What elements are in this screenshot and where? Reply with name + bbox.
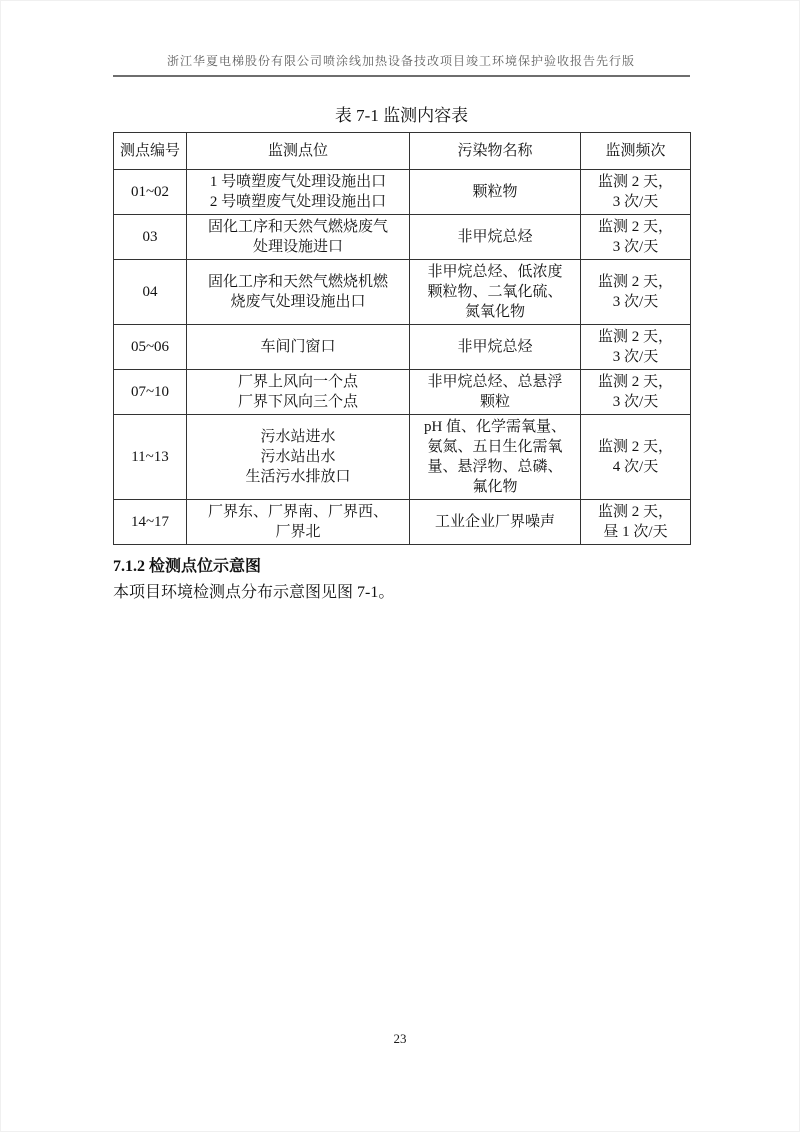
pollutant-cell: 非甲烷总烃 xyxy=(410,215,581,260)
pollutant-cell: 非甲烷总烃、低浓度 颗粒物、二氧化硫、 氮氧化物 xyxy=(410,260,581,325)
monitoring-content-table: 测点编号 监测点位 污染物名称 监测频次 01~02 1 号喷塑废气处理设施出口… xyxy=(113,132,691,545)
frequency-cell: 监测 2 天， 昼 1 次/天 xyxy=(581,500,691,545)
page-content: 表 7-1 监测内容表 测点编号 监测点位 污染物名称 监测频次 01~02 xyxy=(113,104,690,605)
point-id-cell: 14~17 xyxy=(114,500,187,545)
header-divider-rule xyxy=(113,75,690,77)
point-location-cell: 厂界东、厂界南、厂界西、 厂界北 xyxy=(187,500,410,545)
point-location-cell: 污水站进水 污水站出水 生活污水排放口 xyxy=(187,415,410,500)
pollutant-cell: 工业企业厂界噪声 xyxy=(410,500,581,545)
table-title: 表 7-1 监测内容表 xyxy=(113,104,690,128)
column-header-frequency: 监测频次 xyxy=(581,133,691,170)
point-id-cell: 04 xyxy=(114,260,187,325)
point-id-cell: 01~02 xyxy=(114,170,187,215)
table-row: 04 固化工序和天然气燃烧机燃 烧废气处理设施出口 非甲烷总烃、低浓度 颗粒物、… xyxy=(114,260,691,325)
table-header-row: 测点编号 监测点位 污染物名称 监测频次 xyxy=(114,133,691,170)
column-header-point-id: 测点编号 xyxy=(114,133,187,170)
point-id-cell: 11~13 xyxy=(114,415,187,500)
frequency-cell: 监测 2 天， 3 次/天 xyxy=(581,325,691,370)
point-id-cell: 07~10 xyxy=(114,370,187,415)
point-id-cell: 05~06 xyxy=(114,325,187,370)
point-location-cell: 固化工序和天然气燃烧废气 处理设施进口 xyxy=(187,215,410,260)
section-heading-712: 7.1.2 检测点位示意图 xyxy=(113,555,690,579)
point-location-cell: 固化工序和天然气燃烧机燃 烧废气处理设施出口 xyxy=(187,260,410,325)
pollutant-cell: 非甲烷总烃、总悬浮 颗粒 xyxy=(410,370,581,415)
table-row: 14~17 厂界东、厂界南、厂界西、 厂界北 工业企业厂界噪声 监测 2 天， … xyxy=(114,500,691,545)
column-header-pollutant-name: 污染物名称 xyxy=(410,133,581,170)
pollutant-cell: 颗粒物 xyxy=(410,170,581,215)
point-location-cell: 车间门窗口 xyxy=(187,325,410,370)
frequency-cell: 监测 2 天， 4 次/天 xyxy=(581,415,691,500)
pollutant-cell: pH 值、化学需氧量、 氨氮、五日生化需氧 量、悬浮物、总磷、 氟化物 xyxy=(410,415,581,500)
table-row: 05~06 车间门窗口 非甲烷总烃 监测 2 天， 3 次/天 xyxy=(114,325,691,370)
frequency-cell: 监测 2 天， 3 次/天 xyxy=(581,215,691,260)
document-page: 浙江华夏电梯股份有限公司喷涂线加热设备技改项目竣工环境保护验收报告先行版 表 7… xyxy=(0,0,800,1132)
frequency-cell: 监测 2 天， 3 次/天 xyxy=(581,260,691,325)
pollutant-cell: 非甲烷总烃 xyxy=(410,325,581,370)
frequency-cell: 监测 2 天， 3 次/天 xyxy=(581,370,691,415)
page-number: 23 xyxy=(1,1031,799,1047)
table-row: 01~02 1 号喷塑废气处理设施出口 2 号喷塑废气处理设施出口 颗粒物 监测… xyxy=(114,170,691,215)
point-id-cell: 03 xyxy=(114,215,187,260)
section-body-text: 本项目环境检测点分布示意图见图 7-1。 xyxy=(113,581,690,605)
table-row: 07~10 厂界上风向一个点 厂界下风向三个点 非甲烷总烃、总悬浮 颗粒 监测 … xyxy=(114,370,691,415)
running-header: 浙江华夏电梯股份有限公司喷涂线加热设备技改项目竣工环境保护验收报告先行版 xyxy=(58,52,744,69)
table-row: 03 固化工序和天然气燃烧废气 处理设施进口 非甲烷总烃 监测 2 天， 3 次… xyxy=(114,215,691,260)
column-header-point-location: 监测点位 xyxy=(187,133,410,170)
frequency-cell: 监测 2 天， 3 次/天 xyxy=(581,170,691,215)
table-row: 11~13 污水站进水 污水站出水 生活污水排放口 pH 值、化学需氧量、 氨氮… xyxy=(114,415,691,500)
point-location-cell: 1 号喷塑废气处理设施出口 2 号喷塑废气处理设施出口 xyxy=(187,170,410,215)
point-location-cell: 厂界上风向一个点 厂界下风向三个点 xyxy=(187,370,410,415)
